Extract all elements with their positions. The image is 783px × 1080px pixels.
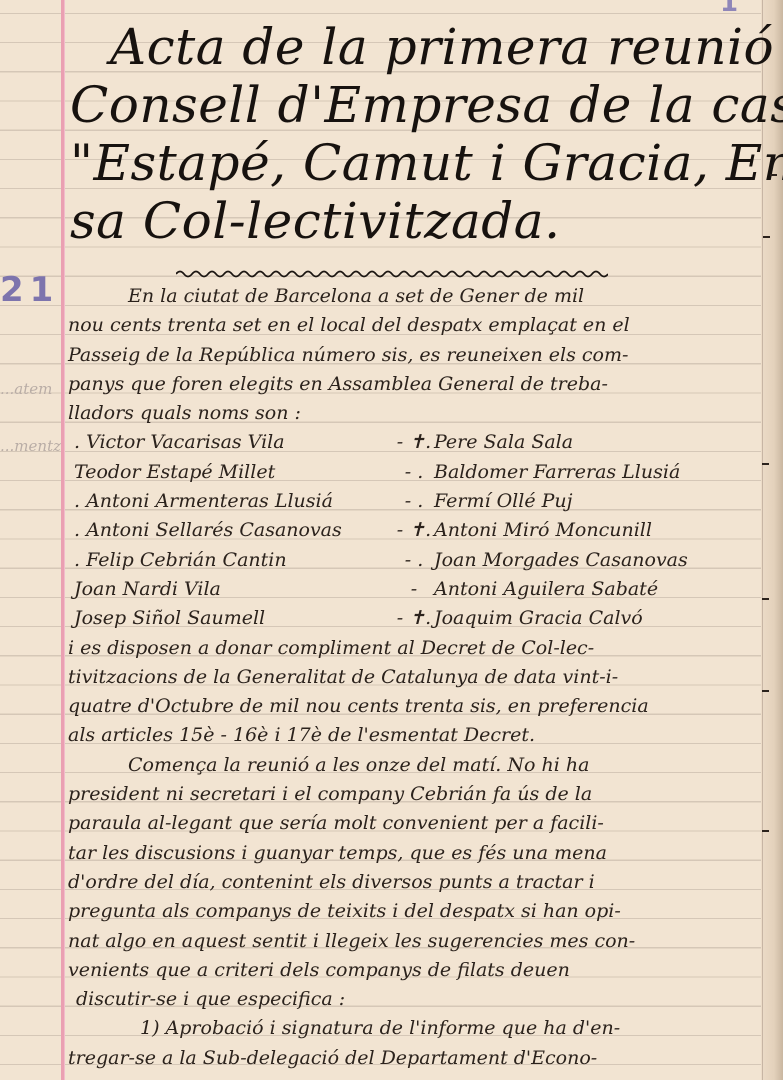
member-name-left: Josep Siñol Saumell bbox=[68, 604, 394, 633]
body-line: d'ordre del día, contenint els diversos … bbox=[68, 868, 758, 897]
edge-tick-mark bbox=[762, 830, 769, 832]
member-name-right: Fermí Ollé Puj bbox=[434, 487, 758, 516]
name-separator: - bbox=[394, 575, 434, 604]
body-line: i es disposen a donar compliment al Decr… bbox=[68, 634, 758, 663]
member-name-left: . Victor Vacarisas Vila bbox=[68, 428, 394, 457]
wavy-underline-divider bbox=[176, 268, 608, 280]
ledger-page: 1 21 ...atem ...mentz Acta de la primera… bbox=[0, 0, 783, 1080]
member-name-left: Joan Nardi Vila bbox=[68, 575, 394, 604]
margin-note: ...atem bbox=[0, 380, 52, 398]
body-line: Comença la reunió a les onze del matí. N… bbox=[68, 751, 758, 780]
body-line: lladors quals noms son : bbox=[68, 399, 758, 428]
member-names-row: Josep Siñol Saumell - ✝. Joaquim Gracia … bbox=[68, 604, 758, 633]
edge-tick-mark bbox=[770, 174, 777, 176]
name-separator: - ✝. bbox=[394, 604, 434, 633]
title-line: Consell d'Empresa de la casa bbox=[70, 76, 770, 134]
edge-tick-mark bbox=[762, 598, 769, 600]
agenda-item-line: 1) Aprobació i signatura de l'informe qu… bbox=[68, 1014, 758, 1043]
member-name-left: Teodor Estapé Millet bbox=[68, 458, 394, 487]
body-line: pregunta als companys de teixits i del d… bbox=[68, 897, 758, 926]
edge-tick-mark bbox=[763, 236, 770, 238]
edge-tick-mark bbox=[762, 463, 769, 465]
body-line: paraula al-legant que sería molt conveni… bbox=[68, 809, 758, 838]
member-name-left: . Antoni Armenteras Llusiá bbox=[68, 487, 394, 516]
member-name-right: Pere Sala Sala bbox=[434, 428, 758, 457]
page-number-stamp: 1 bbox=[720, 0, 738, 18]
member-name-left: . Felip Cebrián Cantin bbox=[68, 546, 394, 575]
member-name-left: . Antoni Sellarés Casanovas bbox=[68, 516, 394, 545]
member-name-right: Baldomer Farreras Llusiá bbox=[434, 458, 758, 487]
body-line: tar les discusions i guanyar temps, que … bbox=[68, 839, 758, 868]
member-names-row: . Antoni Armenteras Llusiá - . Fermí Oll… bbox=[68, 487, 758, 516]
body-line: nat algo en aquest sentit i llegeix les … bbox=[68, 927, 758, 956]
body-line: discutir-se i que especifica : bbox=[68, 985, 758, 1014]
name-separator: - . bbox=[394, 546, 434, 575]
edge-tick-mark bbox=[762, 690, 769, 692]
member-names-row: . Antoni Sellarés Casanovas - ✝. Antoni … bbox=[68, 516, 758, 545]
member-name-right: Antoni Miró Moncunill bbox=[434, 516, 758, 545]
member-names-row: . Victor Vacarisas Vila - ✝. Pere Sala S… bbox=[68, 428, 758, 457]
folio-stamp: 21 bbox=[0, 270, 59, 310]
title-line: sa Col-lectivitzada. bbox=[70, 192, 770, 250]
title-line: "Estapé, Camut i Gracia, Empre bbox=[70, 134, 770, 192]
title-line: Acta de la primera reunió del bbox=[70, 18, 770, 76]
member-name-right: Antoni Aguilera Sabaté bbox=[434, 575, 758, 604]
body-line: tivitzacions de la Generalitat de Catalu… bbox=[68, 663, 758, 692]
body-line: venients que a criteri dels companys de … bbox=[68, 956, 758, 985]
member-names-row: Joan Nardi Vila - Antoni Aguilera Sabaté bbox=[68, 575, 758, 604]
member-name-right: Joan Morgades Casanovas bbox=[434, 546, 758, 575]
body-line: panys que foren elegits en Assamblea Gen… bbox=[68, 370, 758, 399]
name-separator: - . bbox=[394, 458, 434, 487]
agenda-item-line: tregar-se a la Sub-delegació del Departa… bbox=[68, 1044, 758, 1073]
body-line: nou cents trenta set en el local del des… bbox=[68, 311, 758, 340]
body-line: En la ciutat de Barcelona a set de Gener… bbox=[68, 282, 758, 311]
document-title: Acta de la primera reunió del Consell d'… bbox=[70, 18, 770, 250]
name-separator: - ✝. bbox=[394, 428, 434, 457]
body-line: president ni secretari i el company Cebr… bbox=[68, 780, 758, 809]
margin-note: ...mentz bbox=[0, 437, 61, 455]
member-names-row: . Felip Cebrián Cantin - . Joan Morgades… bbox=[68, 546, 758, 575]
member-names-row: Teodor Estapé Millet - . Baldomer Farrer… bbox=[68, 458, 758, 487]
body-line: als articles 15è - 16è i 17è de l'esment… bbox=[68, 721, 758, 750]
name-separator: - . bbox=[394, 487, 434, 516]
member-name-right: Joaquim Gracia Calvó bbox=[434, 604, 758, 633]
name-separator: - ✝. bbox=[394, 516, 434, 545]
left-margin-line bbox=[61, 0, 64, 1080]
body-line: Passeig de la República número sis, es r… bbox=[68, 341, 758, 370]
document-body: En la ciutat de Barcelona a set de Gener… bbox=[68, 282, 758, 1073]
body-line: quatre d'Octubre de mil nou cents trenta… bbox=[68, 692, 758, 721]
